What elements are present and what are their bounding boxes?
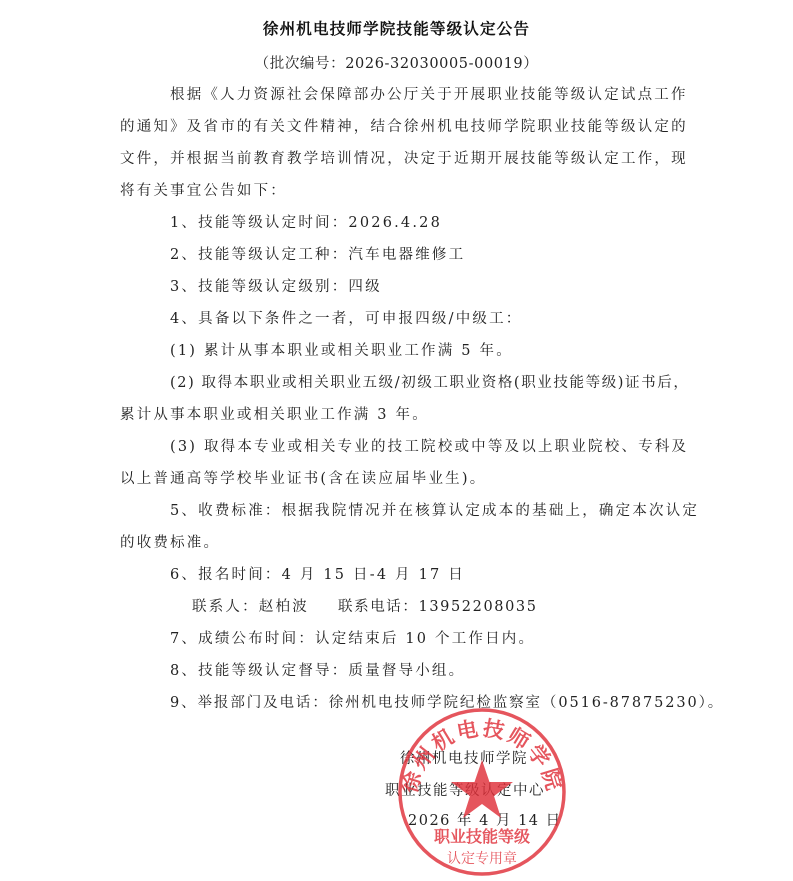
condition-2-line-1: (2) 取得本职业或相关职业五级/初级工职业资格(职业技能等级)证书后， [170, 374, 689, 392]
announcement-document: 徐州机电技师学院技能等级认定公告 （批次编号：2026-32030005-000… [0, 0, 793, 881]
intro-line-3: 文件，并根据当前教育教学培训情况，决定于近期开展技能等级认定工作，现 [120, 150, 688, 168]
contact-person: 联系人：赵柏波 [192, 598, 309, 616]
item-2-trade: 2、技能等级认定工种：汽车电器维修工 [170, 246, 465, 264]
item-9-report: 9、举报部门及电话：徐州机电技师学院纪检监察室（0516-87875230）。 [170, 694, 724, 712]
stamp-bottom-text: 认定专用章 [447, 850, 517, 867]
intro-line-4: 将有关事宜公告如下： [120, 182, 287, 200]
contact-phone: 联系电话：13952208035 [338, 598, 538, 616]
item-4-conditions: 4、具备以下条件之一者，可申报四级/中级工： [170, 310, 523, 328]
signature-org: 徐州机电技师学院 [400, 750, 528, 768]
condition-2-line-2: 累计从事本职业或相关职业工作满 3 年。 [120, 406, 429, 424]
condition-1: (1) 累计从事本职业或相关职业工作满 5 年。 [170, 342, 513, 360]
item-3-level: 3、技能等级认定级别：四级 [170, 278, 382, 296]
item-7-results: 7、成绩公布时间：认定结束后 10 个工作日内。 [170, 630, 535, 648]
signature-center: 职业技能等级认定中心 [385, 782, 545, 800]
item-8-supervision: 8、技能等级认定督导：质量督导小组。 [170, 662, 465, 680]
item-6-registration: 6、报名时间：4 月 15 日-4 月 17 日 [170, 566, 465, 584]
intro-line-1: 根据《人力资源社会保障部办公厅关于开展职业技能等级认定试点工作 [170, 86, 688, 104]
condition-3-line-2: 以上普通高等学校毕业证书(含在读应届毕业生)。 [120, 470, 486, 488]
item-5-fees-line-1: 5、收费标准：根据我院情况并在核算认定成本的基础上，确定本次认定 [170, 502, 699, 520]
item-1-date: 1、技能等级认定时间：2026.4.28 [170, 214, 442, 232]
signature-date: 2026 年 4 月 14 日 [408, 812, 562, 830]
document-title: 徐州机电技师学院技能等级认定公告 [0, 17, 793, 39]
intro-line-2: 的通知》及省市的有关文件精神，结合徐州机电技师学院职业技能等级认定的 [120, 118, 688, 136]
batch-number: （批次编号：2026-32030005-00019） [0, 52, 793, 73]
condition-3-line-1: (3) 取得本专业或相关专业的技工院校或中等及以上职业院校、专科及 [170, 438, 688, 456]
item-5-fees-line-2: 的收费标准。 [120, 534, 220, 552]
